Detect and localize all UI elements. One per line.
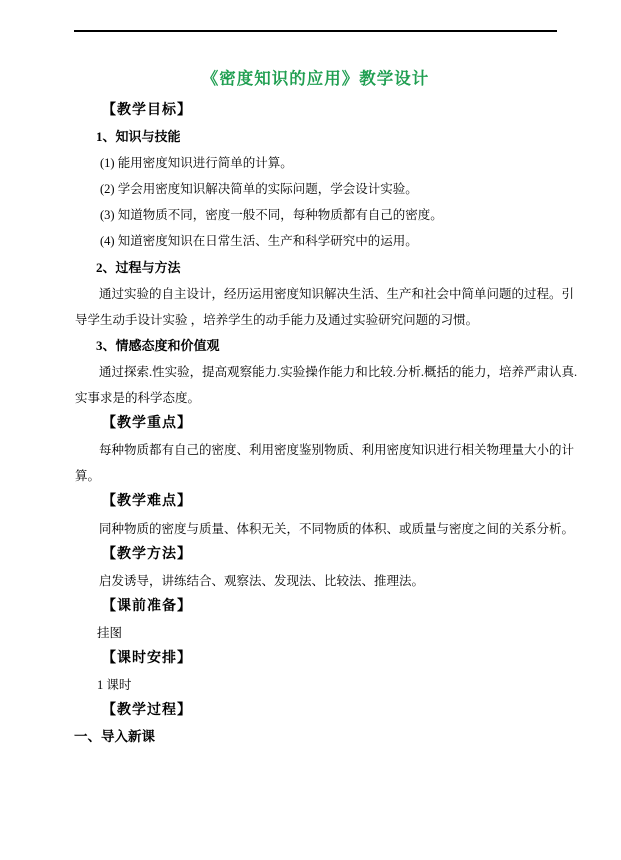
doc-line-para-first: 通过探索.性实验，提高观察能力.实验操作能力和比较.分析.概括的能力，培养严肃认… — [74, 359, 557, 385]
doc-line-item: (1) 能用密度知识进行简单的计算。 — [74, 150, 557, 176]
doc-line-para-first: 启发诱导，讲练结合、观察法、发现法、比较法、推理法。 — [74, 568, 557, 594]
document-page: 《密度知识的应用》教学设计 【教学目标】1、知识与技能(1) 能用密度知识进行简… — [0, 0, 621, 860]
doc-line-plain: 挂图 — [74, 620, 557, 646]
doc-line-para-cont: 算。 — [74, 463, 557, 489]
doc-line-h2: 3、情感态度和价值观 — [74, 333, 557, 359]
header-rule — [74, 30, 557, 32]
doc-line-para-first: 每种物质都有自己的密度、利用密度鉴别物质、利用密度知识进行相关物理量大小的计 — [74, 437, 557, 463]
doc-line-h1: 【教学难点】 — [74, 489, 557, 515]
doc-line-item: (2) 学会用密度知识解决简单的实际问题，学会设计实验。 — [74, 176, 557, 202]
doc-line-h1: 【课时安排】 — [74, 646, 557, 672]
document-blocks: 【教学目标】1、知识与技能(1) 能用密度知识进行简单的计算。(2) 学会用密度… — [74, 98, 557, 750]
doc-line-h1: 【教学重点】 — [74, 411, 557, 437]
doc-line-item: (4) 知道密度知识在日常生活、生产和科学研究中的运用。 — [74, 228, 557, 254]
doc-line-h1: 【课前准备】 — [74, 594, 557, 620]
doc-line-h1: 【教学方法】 — [74, 542, 557, 568]
doc-line-para-first: 通过实验的自主设计，经历运用密度知识解决生活、生产和社会中简单问题的过程。引 — [74, 281, 557, 307]
doc-line-para-cont: 实事求是的科学态度。 — [74, 385, 557, 411]
doc-line-h2: 2、过程与方法 — [74, 255, 557, 281]
doc-line-h0: 一、导入新课 — [74, 724, 557, 750]
doc-line-plain: 1 课时 — [74, 672, 557, 698]
document-title: 《密度知识的应用》教学设计 — [74, 64, 557, 94]
doc-line-h1: 【教学过程】 — [74, 698, 557, 724]
doc-line-h2: 1、知识与技能 — [74, 124, 557, 150]
doc-line-para-cont: 导学生动手设计实验 ，培养学生的动手能力及通过实验研究问题的习惯。 — [74, 307, 557, 333]
doc-line-para-first: 同种物质的密度与质量、体积无关，不同物质的体积、或质量与密度之间的关系分析。 — [74, 516, 557, 542]
doc-line-h1: 【教学目标】 — [74, 98, 557, 124]
doc-line-item: (3) 知道物质不同，密度一般不同，每种物质都有自己的密度。 — [74, 202, 557, 228]
